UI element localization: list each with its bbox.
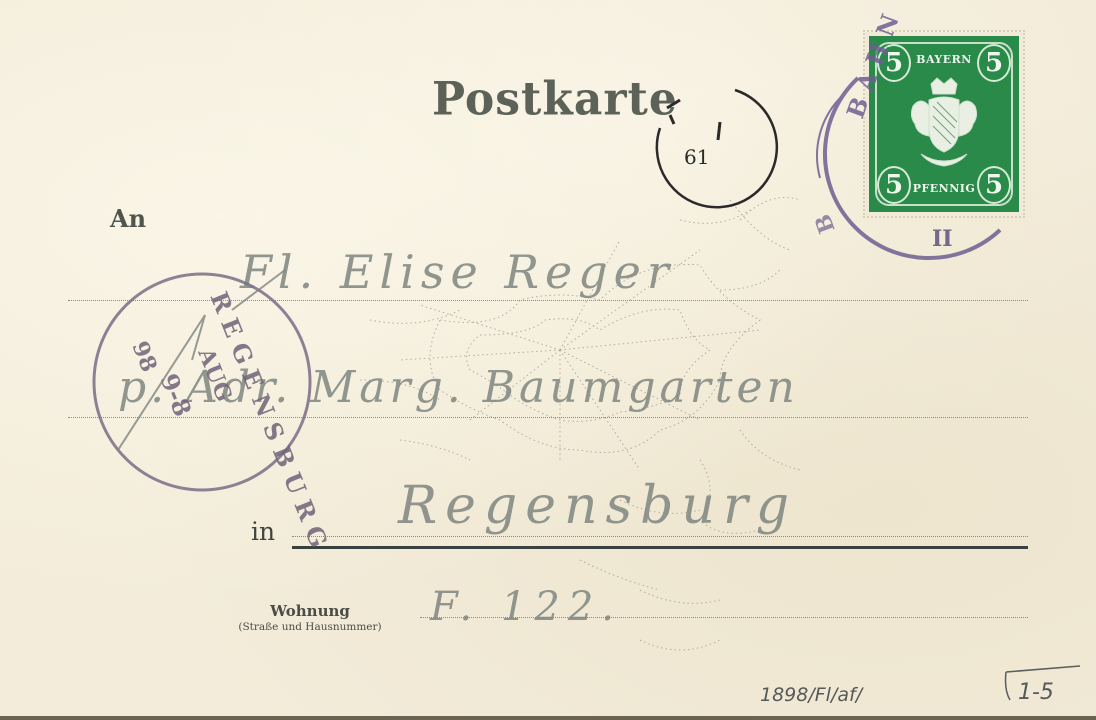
handwritten-city: Regensburg [398,476,797,536]
index-reference-note: 1-5 [1018,680,1054,705]
residence-label: Wohnung (Straße und Hausnummer) [200,602,420,633]
address-label-an: An [110,204,146,233]
address-line-1 [68,300,1028,301]
catalog-reference-note: 1898/Fl/af/ [760,684,862,706]
address-label-in: in [251,517,275,546]
stamp-country: BAYERN [869,53,1019,66]
address-line-city [292,546,1028,549]
residence-label-title: Wohnung [200,602,420,620]
transit-postmark-number: 61 [684,145,709,169]
regensburg-postmark-city: R E G E N S B U R G [204,287,333,551]
postcard: Postkarte An in Wohnung (Straße und Haus… [0,0,1096,720]
handwritten-house-number: F. 122. [430,584,622,630]
handwritten-recipient: Fl. Elise Reger [240,245,675,299]
residence-label-subtitle: (Straße und Hausnummer) [200,621,420,633]
bahnpost-postmark-numeral: II [932,226,953,252]
address-line-3 [292,536,1028,537]
postage-stamp: 5 5 5 5 BAYERN PFENNIG [869,36,1019,212]
handwritten-care-of: p. Adr. Marg. Baumgarten [118,362,799,413]
svg-text:B: B [810,210,841,236]
stamp-unit: PFENNIG [869,182,1019,195]
bavarian-coat-of-arms-icon [907,76,981,176]
address-line-2 [68,417,1028,418]
postcard-title: Postkarte [432,73,678,127]
